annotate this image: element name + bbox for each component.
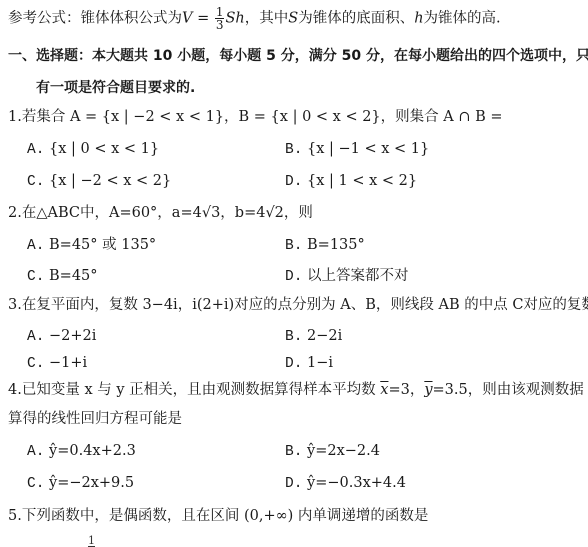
question-number: 3. [8,297,22,313]
question-number: 5. [8,508,22,524]
option-label: A. [27,238,44,254]
y-bar: y [424,382,432,398]
option-label: A. [27,444,44,460]
formula-prefix: 参考公式：锥体体积公式为 [8,11,182,27]
option-label: B. [285,329,302,345]
option-label: D. [285,174,302,190]
option-label: A. [27,329,44,345]
option-label: B. [285,238,302,254]
option-text: 以上答案都不对 [307,268,409,284]
question-text-mid: =3， [388,382,424,398]
reference-formula: 参考公式：锥体体积公式为V = 13Sh，其中S为锥体的底面积、h为锥体的高. [8,6,501,31]
option-text: {x | 0 < x < 1} [49,141,159,157]
q4-option-b: B. ŷ=2x−2.4 [285,442,380,461]
question-number: 4. [8,382,22,398]
formula-fraction: 13 [215,6,225,31]
formula-var-s: S [288,11,298,27]
option-label: D. [285,269,302,285]
option-text: ŷ=−2x+9.5 [49,475,134,491]
option-label: B. [285,444,302,460]
q1-option-b: B. {x | −1 < x < 1} [285,140,429,159]
question-number: 1. [8,109,22,125]
q5-partial-fragment: 1 [88,536,95,547]
option-label: A. [27,142,44,158]
option-text: ŷ=2x−2.4 [307,443,380,459]
option-text: ŷ=−0.3x+4.4 [307,475,406,491]
question-text: 下列函数中，是偶函数，且在区间 (0,+∞) 内单调递增的函数是 [22,508,429,524]
q4-option-d: D. ŷ=−0.3x+4.4 [285,474,406,493]
question-1-stem: 1.若集合 A = {x | −2 < x < 1}，B = {x | 0 < … [8,108,503,126]
option-label: D. [285,356,302,372]
q2-option-a: A. B=45° 或 135° [27,236,156,255]
q3-option-d: D. 1−i [285,354,333,373]
question-4-stem-line1: 4.已知变量 x 与 y 正相关，且由观测数据算得样本平均数 x=3，y=3.5… [8,381,584,399]
option-text: {x | −1 < x < 1} [307,141,429,157]
q3-option-c: C. −1+i [27,354,87,373]
option-text: B=45° 或 135° [49,237,156,253]
question-2-stem: 2.在△ABC中，A=60°，a=4√3，b=4√2，则 [8,204,313,222]
formula-suffix-2: 为锥体的底面积、 [298,11,414,27]
option-text: {x | 1 < x < 2} [307,173,417,189]
q4-option-a: A. ŷ=0.4x+2.3 [27,442,136,461]
question-4-stem-line2: 算得的线性回归方程可能是 [8,410,182,428]
formula-suffix-1: ，其中 [245,11,289,27]
question-5-stem: 5.下列函数中，是偶函数，且在区间 (0,+∞) 内单调递增的函数是 [8,507,428,525]
formula-rhs: Sh [225,11,244,27]
formula-var-h: h [414,11,423,27]
q3-option-a: A. −2+2i [27,327,96,346]
option-text: −1+i [49,355,87,371]
option-label: B. [285,142,302,158]
option-text: −2+2i [49,328,96,344]
section-heading-line2: 有一项是符合题目要求的. [36,79,195,97]
question-text: 已知变量 x 与 y 正相关，且由观测数据算得样本平均数 [22,382,380,398]
q1-option-d: D. {x | 1 < x < 2} [285,172,417,191]
option-text: 1−i [307,355,333,371]
fraction-denominator: 3 [215,19,225,31]
option-text: B=45° [49,268,98,284]
option-text: B=135° [307,237,365,253]
question-text: 若集合 A = {x | −2 < x < 1}，B = {x | 0 < x … [22,109,503,125]
option-text: {x | −2 < x < 2} [49,173,171,189]
formula-suffix-3: 为锥体的高. [424,11,501,27]
question-3-stem: 3.在复平面内，复数 3−4i，i(2+i)对应的点分别为 A、B，则线段 AB… [8,296,588,314]
q3-option-b: B. 2−2i [285,327,342,346]
option-text: 2−2i [307,328,342,344]
q4-option-c: C. ŷ=−2x+9.5 [27,474,134,493]
option-label: D. [285,476,302,492]
question-text: 在复平面内，复数 3−4i，i(2+i)对应的点分别为 A、B，则线段 AB 的… [22,297,588,313]
section-heading-line1: 一、选择题：本大题共 10 小题，每小题 5 分，满分 50 分，在每小题给出的… [8,47,588,65]
q2-option-d: D. 以上答案都不对 [285,267,409,286]
question-text-post: =3.5，则由该观测数据 [433,382,584,398]
option-label: C. [27,174,44,190]
q1-option-c: C. {x | −2 < x < 2} [27,172,171,191]
option-label: C. [27,356,44,372]
q2-option-c: C. B=45° [27,267,98,286]
option-label: C. [27,269,44,285]
option-text: ŷ=0.4x+2.3 [49,443,136,459]
option-label: C. [27,476,44,492]
question-text: 在△ABC中，A=60°，a=4√3，b=4√2，则 [22,205,313,221]
formula-lhs: V = [182,11,214,27]
question-number: 2. [8,205,22,221]
q1-option-a: A. {x | 0 < x < 1} [27,140,159,159]
q2-option-b: B. B=135° [285,236,365,255]
